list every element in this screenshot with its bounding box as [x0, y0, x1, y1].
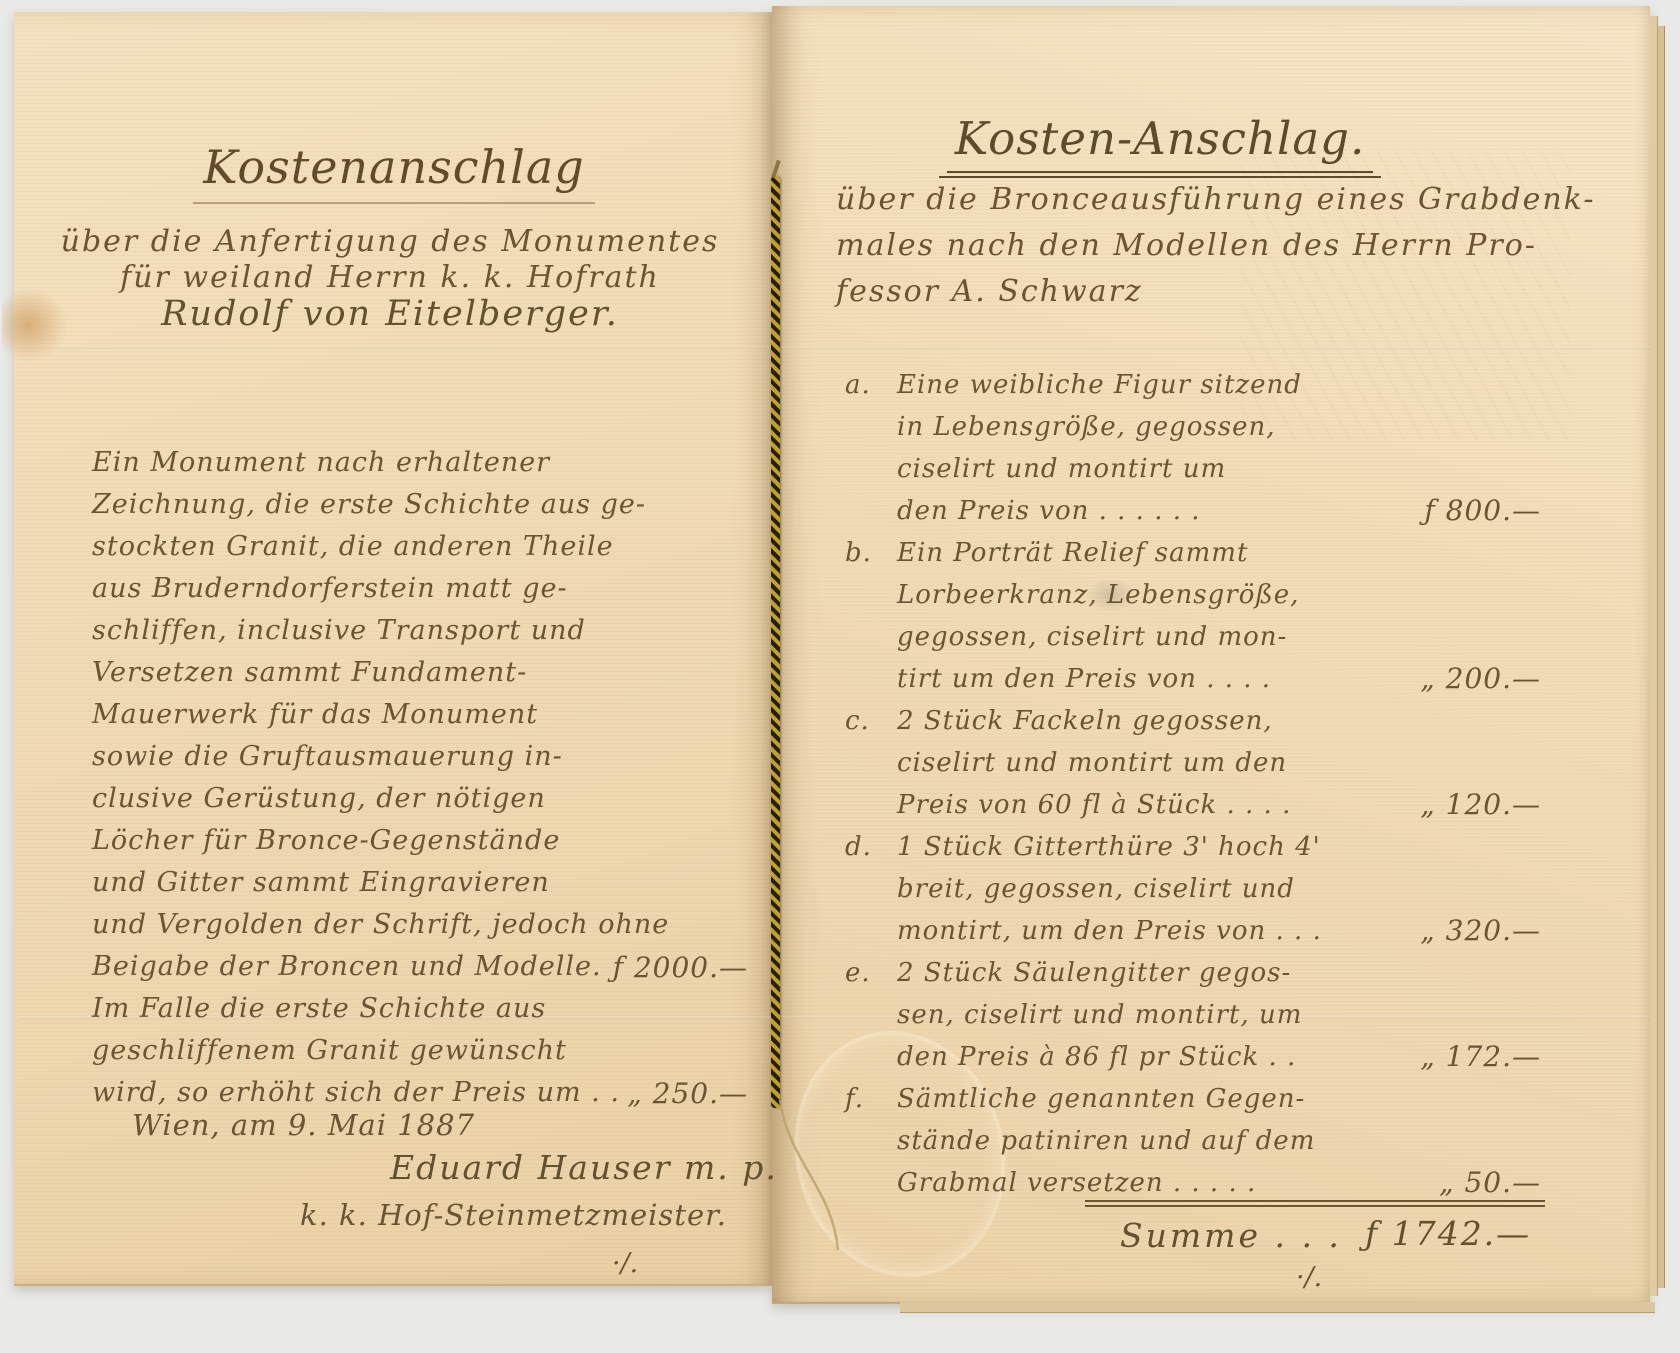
line-text: stände patiniren und auf dem: [897, 1126, 1315, 1156]
left-page-title-row: Kostenanschlag: [34, 140, 754, 194]
item-label: a.: [845, 370, 871, 400]
price-value: ƒ 2000.—: [613, 951, 748, 984]
item-line: Preis von 60 fl à Stück . . . .„ 120.—: [845, 790, 1541, 832]
manuscript-line: Im Falle die erste Schichte aus: [92, 993, 748, 1035]
item-line: in Lebensgröße, gegossen,: [845, 412, 1541, 454]
line-text: Eine weibliche Figur sitzend: [897, 370, 1302, 400]
line-text: und Vergolden der Schrift, jedoch ohne: [92, 909, 669, 940]
item-line: ciselirt und montirt um: [845, 454, 1541, 496]
left-page-title: Kostenanschlag: [193, 140, 594, 204]
left-page-subtitle: Rudolf von Eitelberger.: [20, 294, 760, 334]
left-page-subtitle: für weiland Herrn k. k. Hofrath: [20, 260, 760, 295]
item-label: d.: [845, 832, 872, 862]
line-text: Ein Porträt Relief sammt: [897, 538, 1248, 568]
line-text: 1 Stück Gitterthüre 3' hoch 4': [897, 832, 1321, 862]
page-stack-edge: [1650, 16, 1658, 1296]
item-line: f.Sämtliche genannten Gegen-: [845, 1084, 1541, 1126]
line-text: Preis von 60 fl à Stück . . . .: [897, 790, 1291, 820]
manuscript-line: und Vergolden der Schrift, jedoch ohne: [92, 909, 748, 951]
sum-label: Summe . . .: [1120, 1216, 1342, 1255]
item-line: c.2 Stück Fackeln gegossen,: [845, 706, 1541, 748]
manuscript-line: aus Bruderndorferstein matt ge-: [92, 573, 748, 615]
price-value: „ 200.—: [1420, 662, 1541, 695]
line-text: und Gitter sammt Eingravieren: [92, 867, 550, 898]
line-text: 2 Stück Fackeln gegossen,: [897, 706, 1273, 736]
line-text: sen, ciselirt und montirt, um: [897, 1000, 1302, 1030]
line-text: Löcher für Bronce-Gegenstände: [92, 825, 560, 856]
manuscript-line: Löcher für Bronce-Gegenstände: [92, 825, 748, 867]
line-text: Zeichnung, die erste Schichte aus ge-: [92, 489, 646, 520]
manuscript-line: schliffen, inclusive Transport und: [92, 615, 748, 657]
line-text: wird, so erhöht sich der Preis um . .: [92, 1077, 620, 1108]
signature: Eduard Hauser m. p.: [390, 1148, 778, 1187]
manuscript-line: Versetzen sammt Fundament-: [92, 657, 748, 699]
item-label: e.: [845, 958, 871, 988]
item-line: d.1 Stück Gitterthüre 3' hoch 4': [845, 832, 1541, 874]
item-line: montirt, um den Preis von . . .„ 320.—: [845, 916, 1541, 958]
manuscript-line: geschliffenem Granit gewünscht: [92, 1035, 748, 1077]
line-text: schliffen, inclusive Transport und: [92, 615, 586, 646]
binding-cord: [771, 176, 780, 1108]
date-line: Wien, am 9. Mai 1887: [132, 1108, 475, 1142]
line-text: Im Falle die erste Schichte aus: [92, 993, 546, 1024]
line-text: Versetzen sammt Fundament-: [92, 657, 527, 688]
line-text: aus Bruderndorferstein matt ge-: [92, 573, 568, 604]
manuscript-line: Zeichnung, die erste Schichte aus ge-: [92, 489, 748, 531]
page-mark: ·/.: [612, 1248, 638, 1279]
item-line: sen, ciselirt und montirt, um: [845, 1000, 1541, 1042]
item-line: stände patiniren und auf dem: [845, 1126, 1541, 1168]
line-text: Sämtliche genannten Gegen-: [897, 1084, 1305, 1114]
right-page-intro: fessor A. Schwarz: [836, 274, 1143, 309]
left-page-subtitle: über die Anfertigung des Monumentes: [20, 224, 760, 259]
right-page-intro: über die Bronceausführung eines Grabdenk…: [836, 182, 1595, 217]
item-line: Lorbeerkranz, Lebensgröße,: [845, 580, 1541, 622]
line-text: tirt um den Preis von . . . .: [897, 664, 1271, 694]
page-stack-edge: [1658, 26, 1665, 1288]
price-value: „ 250.—: [627, 1077, 748, 1110]
line-text: Lorbeerkranz, Lebensgröße,: [897, 580, 1299, 610]
line-text: den Preis von . . . . . .: [897, 496, 1201, 526]
price-value: „ 172.—: [1420, 1040, 1541, 1073]
manuscript-line: Ein Monument nach erhaltener: [92, 447, 748, 489]
item-line: ciselirt und montirt um den: [845, 748, 1541, 790]
item-line: den Preis von . . . . . .ƒ 800.—: [845, 496, 1541, 538]
line-text: Grabmal versetzen . . . . .: [897, 1168, 1256, 1198]
price-value: ƒ 800.—: [1424, 494, 1541, 527]
manuscript-line: sowie die Gruftausmauerung in-: [92, 741, 748, 783]
line-text: breit, gegossen, ciselirt und: [897, 874, 1295, 904]
line-text: 2 Stück Säulengitter gegos-: [897, 958, 1291, 988]
item-line: den Preis à 86 fl pr Stück . .„ 172.—: [845, 1042, 1541, 1084]
item-label: b.: [845, 538, 872, 568]
item-label: c.: [845, 706, 870, 736]
line-text: sowie die Gruftausmauerung in-: [92, 741, 563, 772]
item-line: tirt um den Preis von . . . .„ 200.—: [845, 664, 1541, 706]
manuscript-line: clusive Gerüstung, der nötigen: [92, 783, 748, 825]
line-text: ciselirt und montirt um: [897, 454, 1226, 484]
right-page-title: Kosten-Anschlag.: [947, 112, 1374, 173]
manuscript-line: Mauerwerk für das Monument: [92, 699, 748, 741]
price-value: „ 50.—: [1439, 1166, 1541, 1199]
item-line: b.Ein Porträt Relief sammt: [845, 538, 1541, 580]
item-line: breit, gegossen, ciselirt und: [845, 874, 1541, 916]
line-text: Mauerwerk für das Monument: [92, 699, 538, 730]
line-text: montirt, um den Preis von . . .: [897, 916, 1322, 946]
item-label: f.: [845, 1084, 864, 1114]
item-line: e.2 Stück Säulengitter gegos-: [845, 958, 1541, 1000]
sum-value: ƒ 1742.—: [1365, 1214, 1531, 1253]
manuscript-scan: Kostenanschlag über die Anfertigung des …: [0, 0, 1680, 1353]
manuscript-line: Beigabe der Broncen und Modelle.ƒ 2000.—: [92, 951, 748, 993]
page-mark: ·/.: [1296, 1262, 1322, 1293]
right-page-intro: males nach den Modellen des Herrn Pro-: [836, 228, 1537, 263]
line-text: in Lebensgröße, gegossen,: [897, 412, 1276, 442]
sum-double-rule: [1085, 1200, 1545, 1207]
line-text: Ein Monument nach erhaltener: [92, 447, 550, 478]
item-line: gegossen, ciselirt und mon-: [845, 622, 1541, 664]
price-value: „ 120.—: [1420, 788, 1541, 821]
line-text: ciselirt und montirt um den: [897, 748, 1287, 778]
item-line: a.Eine weibliche Figur sitzend: [845, 370, 1541, 412]
line-text: stockten Granit, die anderen Theile: [92, 531, 614, 562]
price-value: „ 320.—: [1420, 914, 1541, 947]
manuscript-line: und Gitter sammt Eingravieren: [92, 867, 748, 909]
line-text: clusive Gerüstung, der nötigen: [92, 783, 546, 814]
line-text: gegossen, ciselirt und mon-: [897, 622, 1287, 652]
line-text: Beigabe der Broncen und Modelle.: [92, 951, 602, 982]
signature-title: k. k. Hof-Steinmetzmeister.: [300, 1198, 727, 1232]
line-text: den Preis à 86 fl pr Stück . .: [897, 1042, 1296, 1072]
right-page-title-row: Kosten-Anschlag.: [880, 112, 1440, 173]
line-text: geschliffenem Granit gewünscht: [92, 1035, 567, 1066]
manuscript-line: stockten Granit, die anderen Theile: [92, 531, 748, 573]
